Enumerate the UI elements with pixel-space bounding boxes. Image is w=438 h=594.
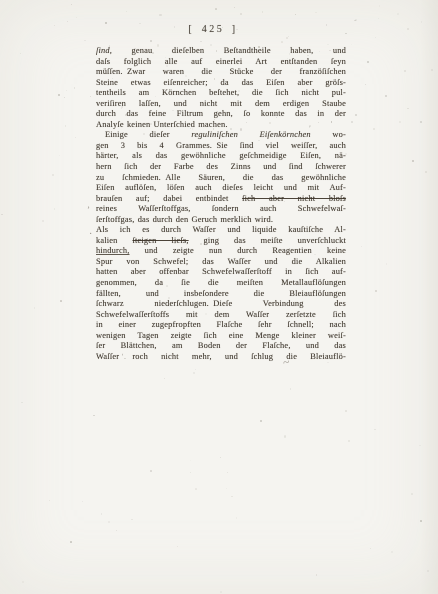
text-line: durch das feine Filtrum gehn, ſo konnte …: [96, 109, 346, 120]
text-segment: genau dieſelben Beſtandtheile haben, und: [112, 46, 346, 55]
paper-speck: [75, 137, 76, 138]
paper-speck: [431, 69, 433, 71]
paper-speck: [290, 388, 291, 390]
paper-speck: [52, 174, 54, 176]
text-line: Analyſe keinen Unterſchied machen.: [96, 120, 346, 131]
text-line: in einer zugepfropften Flaſche ſehr ſchn…: [96, 320, 346, 331]
paper-speck: [351, 121, 353, 123]
text-line: hindurch, und zeigte nun durch Reagentie…: [96, 246, 346, 257]
text-line: reines Waſſerſtoffgas, ſondern auch Schw…: [96, 204, 346, 215]
paper-speck: [195, 369, 196, 370]
paper-speck: [54, 25, 55, 26]
text-line: Schwefelwaſſerſtoffs mit dem Waſſer zerſ…: [96, 310, 346, 321]
paper-speck: [327, 44, 329, 46]
text-segment: müſſen. Zwar waren die Stücke der franzö…: [96, 67, 346, 76]
paper-speck: [407, 28, 409, 30]
text-line: tentheils am Körnchen beſtehet, die ſich…: [96, 88, 346, 99]
text-line: Einige dieſer reguliniſchen Eiſenkörnche…: [96, 130, 346, 141]
text-segment: Eiſen auflöſen, löſen auch dieſes leicht…: [96, 183, 346, 192]
paper-speck: [226, 488, 227, 489]
paper-speck: [281, 41, 283, 43]
paper-speck: [284, 435, 286, 438]
paper-speck: [240, 13, 242, 15]
paper-speck: [370, 548, 372, 550]
paper-speck: [379, 5, 380, 6]
paper-speck: [288, 36, 289, 37]
paper-speck: [59, 155, 60, 156]
paper-speck: [355, 19, 357, 21]
text-segment: ſchwarz niederſchlugen. Dieſe Verbindung…: [96, 299, 346, 308]
paper-speck: [54, 208, 55, 209]
text-segment: und zeigte nun durch Reagentien keine: [129, 246, 346, 255]
paper-speck: [159, 14, 161, 16]
text-line: genommen, da ſie die meiſten Metallauflö…: [96, 278, 346, 289]
text-line: hern ſich der Farbe des Zinns und ſind ſ…: [96, 162, 346, 173]
paper-speck: [351, 44, 353, 45]
paper-speck: [21, 402, 23, 403]
text-segment: Waſſer roch nicht mehr, und ſchlug die B…: [96, 352, 346, 361]
paper-speck: [420, 520, 422, 522]
paper-speck: [190, 472, 191, 473]
text-line: ſchwarz niederſchlugen. Dieſe Verbindung…: [96, 299, 346, 310]
paper-speck: [82, 501, 84, 502]
ink-mark: ·: [89, 230, 92, 240]
paper-speck: [420, 121, 422, 123]
paper-speck: [66, 90, 68, 91]
paper-speck: [150, 40, 152, 42]
text-segment: daſs folglich alle auf einerlei Art entſ…: [96, 57, 346, 66]
text-line: Waſſer roch nicht mehr, und ſchlug die B…: [96, 352, 346, 363]
text-segment-italic: reguliniſchen Eiſenkörnchen: [191, 130, 310, 139]
text-segment: reines Waſſerſtoffgas, ſondern auch Schw…: [96, 204, 346, 213]
paper-speck: [200, 41, 202, 42]
paper-speck: [64, 97, 65, 98]
text-segment: ſer Blättchen, am Boden der Flaſche, und…: [96, 341, 346, 350]
paper-speck: [407, 108, 408, 109]
paper-speck: [70, 541, 72, 543]
paper-speck: [164, 378, 165, 379]
text-line: Eiſen auflöſen, löſen auch dieſes leicht…: [96, 183, 346, 194]
text-segment: Spur von Schwefel; das Waſſer und die Al…: [96, 257, 346, 266]
text-line: härter, als das gewöhnliche geſchmeidige…: [96, 151, 346, 162]
paper-speck: [220, 457, 221, 458]
paper-speck: [1, 214, 2, 215]
paper-speck: [385, 95, 387, 97]
paper-speck: [227, 472, 228, 473]
paper-speck: [231, 496, 232, 497]
paper-speck: [220, 591, 222, 593]
text-line: Spur von Schwefel; das Waſſer und die Al…: [96, 257, 346, 268]
text-segment: Schwefelwaſſerſtoffs mit dem Waſſer zerſ…: [96, 310, 346, 319]
paper-speck: [374, 429, 376, 431]
paper-speck: [397, 13, 399, 15]
text-line: veriſiren laſſen, und nicht mit dem erdi…: [96, 99, 346, 110]
text-segment: gen 3 bis 4 Grammes. Sie ſind viel weiſſ…: [96, 141, 346, 150]
text-segment-upen: hindurch,: [96, 246, 129, 255]
paper-speck: [116, 530, 117, 531]
paper-speck: [49, 500, 50, 501]
text-line: ſerſtoffgas, das durch den Geruch merkli…: [96, 215, 346, 226]
text-segment: Einige dieſer: [105, 130, 191, 139]
paper-speck: [412, 160, 414, 162]
text-segment-italic: ſind,: [96, 46, 112, 55]
text-segment: durch das feine Filtrum gehn, ſo konnte …: [96, 109, 346, 118]
paper-speck: [58, 94, 60, 96]
paper-speck: [236, 517, 237, 519]
paper-speck: [361, 246, 362, 247]
paper-speck: [76, 17, 77, 18]
text-line: Als ich es durch Waſſer und liquide kauſ…: [96, 225, 346, 236]
paper-speck: [84, 40, 86, 41]
paper-speck: [262, 11, 263, 12]
paper-speck: [234, 7, 235, 8]
page-number: [ 425 ]: [88, 24, 338, 35]
paper-speck: [90, 96, 91, 98]
paper-speck: [286, 37, 288, 39]
text-segment: genommen, da ſie die meiſten Metallauflö…: [96, 278, 346, 287]
text-line: müſſen. Zwar waren die Stücke der franzö…: [96, 67, 346, 78]
paper-speck: [375, 290, 377, 292]
text-line: daſs folglich alle auf einerlei Art entſ…: [96, 57, 346, 68]
text-line: gen 3 bis 4 Grammes. Sie ſind viel weiſſ…: [96, 141, 346, 152]
paper-speck: [355, 114, 357, 115]
page-text: ſind, genau dieſelben Beſtandtheile habe…: [96, 46, 346, 362]
text-segment: Analyſe keinen Unterſchied machen.: [96, 120, 228, 129]
paper-speck: [193, 372, 195, 374]
paper-speck: [419, 445, 421, 447]
text-line: Steine etwas eiſenreicher; da das Eiſen …: [96, 78, 346, 89]
paper-speck: [93, 415, 95, 416]
text-segment: veriſiren laſſen, und nicht mit dem erdi…: [96, 99, 346, 108]
text-segment: hatten aber offenbar Schwefelwaſſerſtoff…: [96, 267, 346, 276]
text-segment: härter, als das gewöhnliche geſchmeidige…: [96, 151, 346, 160]
text-line: ſind, genau dieſelben Beſtandtheile habe…: [96, 46, 346, 57]
text-segment: Als ich es durch Waſſer und liquide kauſ…: [96, 225, 346, 234]
paper-speck: [345, 33, 347, 34]
paper-speck: [131, 519, 132, 521]
page-edge-shade: [420, 0, 438, 594]
ink-mark: ʼ: [87, 206, 90, 215]
text-segment: hern ſich der Farbe des Zinns und ſind ſ…: [96, 162, 346, 171]
paper-speck: [386, 263, 388, 265]
paper-speck: [71, 4, 72, 5]
text-segment: Steine etwas eiſenreicher; da das Eiſen …: [96, 78, 346, 87]
paper-speck: [295, 14, 296, 15]
paper-speck: [391, 551, 393, 552]
paper-speck: [42, 220, 44, 222]
text-line: fällten, und insbeſondere die Bleiauflöſ…: [96, 289, 346, 300]
paper-speck: [427, 570, 429, 572]
paper-speck: [101, 513, 102, 514]
paper-speck: [315, 12, 317, 13]
paper-speck: [60, 300, 62, 302]
text-segment: zu ſchmieden. Alle Säuren, die das gewöh…: [96, 173, 346, 182]
text-segment: wo-: [311, 130, 346, 139]
paper-speck: [260, 420, 262, 422]
text-segment: ging das meiſte unverſchluckt: [189, 236, 346, 245]
paper-speck: [373, 128, 375, 130]
text-segment: kalien: [96, 236, 132, 245]
paper-speck: [126, 11, 127, 12]
paper-speck: [108, 521, 110, 523]
text-line: wenigen Tagen zeigte ſich eine Menge kle…: [96, 331, 346, 342]
text-segment: wenigen Tagen zeigte ſich eine Menge kle…: [96, 331, 346, 340]
paper-speck: [34, 307, 35, 309]
paper-speck: [65, 125, 66, 127]
text-segment: fällten, und insbeſondere die Bleiauflöſ…: [96, 289, 346, 298]
paper-speck: [421, 21, 422, 23]
paper-speck: [150, 470, 152, 472]
paper-speck: [354, 20, 356, 22]
paper-speck: [367, 61, 369, 63]
paper-speck: [375, 37, 376, 38]
paper-speck: [378, 18, 379, 19]
paper-speck: [411, 493, 413, 495]
text-segment: ſerſtoffgas, das durch den Geruch merkli…: [96, 215, 273, 224]
paper-speck: [399, 121, 401, 123]
paper-speck: [345, 410, 346, 412]
text-line: zu ſchmieden. Alle Säuren, die das gewöh…: [96, 173, 346, 184]
text-segment: brauſen auf; dabei entbindet: [96, 194, 242, 203]
paper-speck: [74, 87, 75, 88]
paper-speck: [316, 574, 317, 576]
paper-speck: [348, 440, 350, 442]
text-segment: in einer zugepfropften Flaſche ſehr ſchn…: [96, 320, 346, 329]
paper-speck: [67, 21, 68, 22]
text-line: hatten aber offenbar Schwefelwaſſerſtoff…: [96, 267, 346, 278]
text-segment-strike: ſteigen lieſs,: [132, 236, 188, 245]
text-line: ſer Blättchen, am Boden der Flaſche, und…: [96, 341, 346, 352]
paper-speck: [365, 84, 366, 85]
paper-speck: [22, 581, 24, 583]
text-segment-strike: ſich aber nicht bloſs: [242, 194, 346, 203]
paper-speck: [195, 488, 196, 490]
paper-speck: [20, 53, 21, 54]
paper-speck: [425, 171, 427, 173]
scanned-book-page: [ 425 ] ſind, genau dieſelben Beſtandthe…: [0, 0, 438, 594]
text-line: brauſen auf; dabei entbindet ſich aber n…: [96, 194, 346, 205]
text-segment: tentheils am Körnchen beſtehet, die ſich…: [96, 88, 346, 97]
paper-speck: [215, 8, 217, 10]
paper-speck: [190, 460, 191, 461]
paper-speck: [177, 546, 178, 547]
text-line: kalien ſteigen lieſs, ging das meiſte un…: [96, 236, 346, 247]
paper-speck: [404, 70, 406, 72]
